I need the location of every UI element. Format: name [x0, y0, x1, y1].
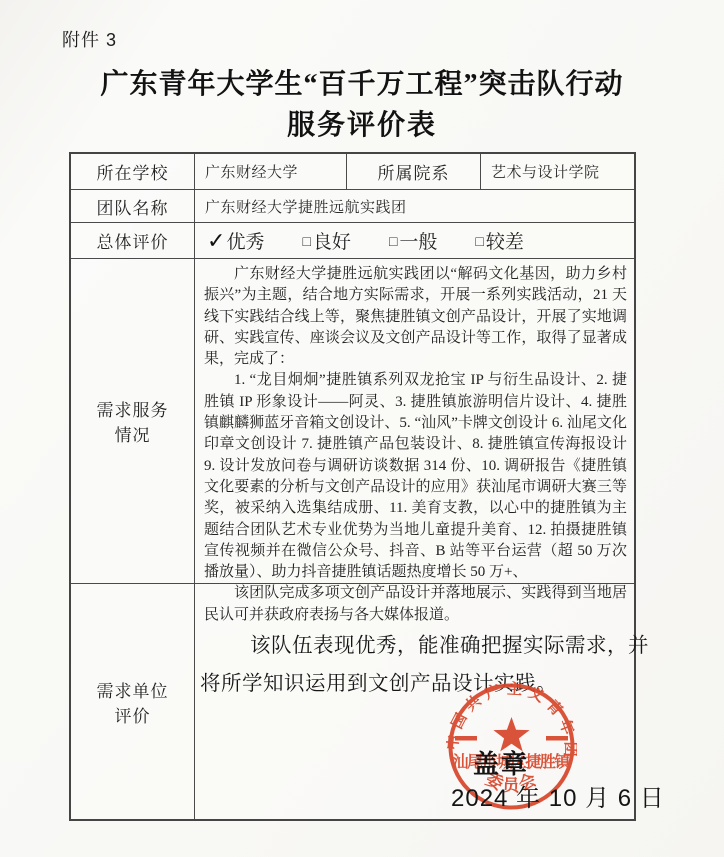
team-value: 广东财经大学捷胜远航实践团 — [195, 196, 407, 217]
school-label: 所在学校 — [97, 159, 169, 184]
rating-options: ✓ 优秀 □ 良好 □ 一般 □ 较差 — [195, 227, 524, 254]
seal-right-dash — [546, 736, 568, 741]
checkbox-empty-icon: □ — [302, 233, 310, 249]
department-label-cell: 所属院系 — [347, 154, 481, 189]
table-row-unit-eval: 需求单位评价 该队伍表现优秀，能准确把握实际需求，并 将所学知识运用到文创产品设… — [71, 584, 634, 819]
overall-options-cell: ✓ 优秀 □ 良好 □ 一般 □ 较差 — [195, 223, 634, 258]
department-label: 所属院系 — [378, 159, 450, 184]
school-value-cell: 广东财经大学 — [195, 154, 347, 189]
school-value: 广东财经大学 — [195, 161, 298, 182]
overall-label: 总体评价 — [97, 228, 169, 253]
option-average: □ 一般 — [389, 227, 437, 254]
team-value-cell: 广东财经大学捷胜远航实践团 — [195, 190, 634, 222]
option-excellent: ✓ 优秀 — [207, 227, 264, 254]
unit-eval-label-cell: 需求单位评价 — [71, 584, 195, 819]
option-poor-label: 较差 — [486, 227, 524, 254]
overall-label-cell: 总体评价 — [71, 223, 195, 258]
service-label: 需求服务情况 — [96, 396, 169, 446]
service-paragraph: 广东财经大学捷胜远航实践团以“解码文化基因，助力乡村振兴”为主题，结合地方实际需… — [204, 264, 627, 370]
checkmark-icon: ✓ — [207, 228, 225, 254]
team-label: 团队名称 — [97, 194, 169, 219]
checkbox-empty-icon: □ — [475, 233, 483, 249]
form-title-line1: 广东青年大学生“百千万工程”突击队行动 — [0, 62, 724, 102]
table-row-team: 团队名称 广东财经大学捷胜远航实践团 — [71, 190, 634, 223]
form-title-line2: 服务评价表 — [0, 103, 724, 143]
seal-left-dash — [455, 736, 477, 741]
team-label-cell: 团队名称 — [71, 190, 195, 222]
option-excellent-label: 优秀 — [226, 227, 264, 254]
service-text-cell: 广东财经大学捷胜远航实践团以“解码文化基因，助力乡村振兴”为主题，结合地方实际需… — [195, 259, 634, 583]
checkbox-empty-icon: □ — [389, 233, 397, 249]
school-label-cell: 所在学校 — [71, 154, 195, 189]
unit-eval-content-cell: 该队伍表现优秀，能准确把握实际需求，并 将所学知识运用到文创产品设计实践。 中国… — [195, 584, 634, 819]
option-poor: □ 较差 — [475, 227, 523, 254]
department-value-cell: 艺术与设计学院 — [481, 154, 634, 189]
unit-eval-label: 需求单位评价 — [96, 677, 169, 727]
scanned-evaluation-form: 附件 3 广东青年大学生“百千万工程”突击队行动 服务评价表 所在学校 广东财经… — [0, 0, 724, 857]
table-row-service: 需求服务情况 广东财经大学捷胜远航实践团以“解码文化基因，助力乡村振兴”为主题，… — [71, 259, 634, 584]
evaluation-table: 所在学校 广东财经大学 所属院系 艺术与设计学院 团队名称 广东财经大学捷胜远航… — [69, 152, 636, 821]
unit-comment-line1: 该队伍表现优秀，能准确把握实际需求，并 — [250, 628, 649, 658]
department-value: 艺术与设计学院 — [481, 161, 600, 182]
table-row-overall: 总体评价 ✓ 优秀 □ 良好 □ 一般 — [71, 223, 634, 259]
attachment-label: 附件 3 — [62, 26, 117, 52]
stamp-caption: 盖章 — [473, 744, 529, 781]
option-good: □ 良好 — [302, 227, 350, 254]
service-label-cell: 需求服务情况 — [71, 259, 195, 583]
table-row-school: 所在学校 广东财经大学 所属院系 艺术与设计学院 — [71, 154, 634, 190]
evaluation-date: 2024 年 10 月 6 日 — [451, 778, 665, 813]
option-good-label: 良好 — [313, 227, 351, 254]
option-average-label: 一般 — [399, 227, 437, 254]
service-paragraph: 1. “龙目炯炯”捷胜镇系列双龙抢宝 IP 与衍生品设计、2. 捷胜镇 IP 形… — [204, 370, 627, 583]
